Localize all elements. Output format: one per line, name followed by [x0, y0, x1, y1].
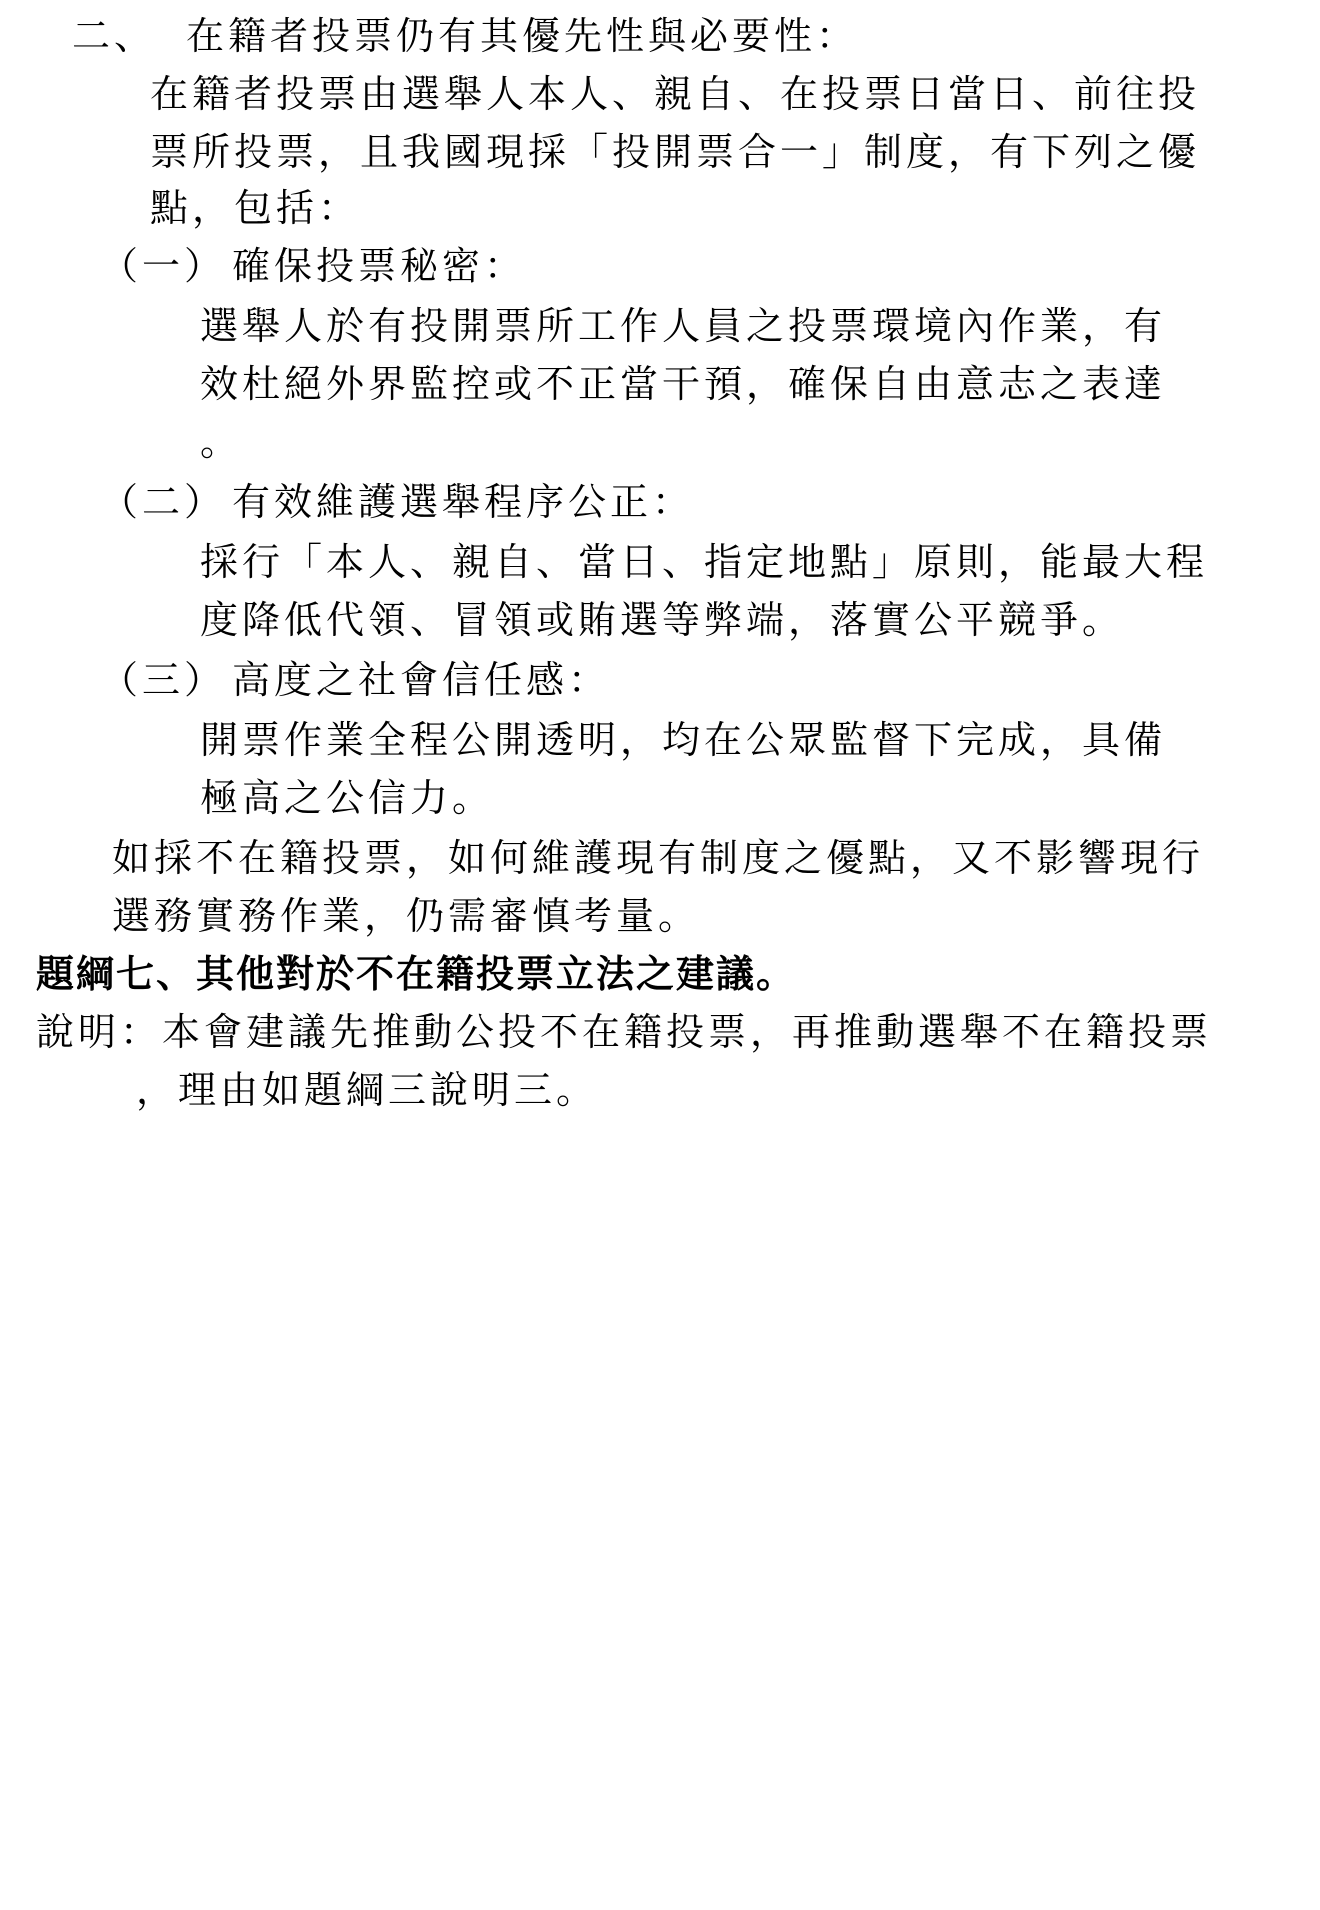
item-2-heading: （二）有效維護選舉程序公正：	[100, 480, 694, 524]
item-1-line-3: 。	[200, 420, 242, 464]
item-1-number: （一）	[100, 244, 226, 288]
conclusion-line-1: 如採不在籍投票，如何維護現有制度之優點，又不影響現行	[112, 836, 1204, 880]
section-number: 二、	[72, 14, 156, 58]
intro-line-2: 票所投票，且我國現採「投開票合一」制度，有下列之優	[150, 130, 1200, 174]
item-3-heading-text: 高度之社會信任感：	[232, 658, 610, 702]
item-3-number: （三）	[100, 658, 226, 702]
document-page: 二、在籍者投票仍有其優先性與必要性： 在籍者投票由選舉人本人、親自、在投票日當日…	[0, 0, 1320, 1910]
topic-7-explanation-line-1: 說明：本會建議先推動公投不在籍投票，再推動選舉不在籍投票	[36, 1010, 1212, 1054]
item-2-line-1: 採行「本人、親自、當日、指定地點」原則，能最大程	[200, 540, 1208, 584]
section-heading: 二、在籍者投票仍有其優先性與必要性：	[72, 14, 858, 58]
item-2-number: （二）	[100, 480, 226, 524]
item-1-line-1: 選舉人於有投開票所工作人員之投票環境內作業，有	[200, 304, 1166, 348]
section-heading-text: 在籍者投票仍有其優先性與必要性：	[186, 14, 858, 58]
item-3-heading: （三）高度之社會信任感：	[100, 658, 610, 702]
item-2-line-2: 度降低代領、冒領或賄選等弊端，落實公平競爭。	[200, 598, 1124, 642]
intro-line-3: 點，包括：	[150, 186, 360, 230]
item-3-line-1: 開票作業全程公開透明，均在公眾監督下完成，具備	[200, 718, 1166, 762]
conclusion-line-2: 選務實務作業，仍需審慎考量。	[112, 894, 700, 938]
item-1-heading: （一）確保投票秘密：	[100, 244, 526, 288]
topic-7-title: 題綱七、其他對於不在籍投票立法之建議。	[36, 952, 796, 996]
explanation-label: 說明：	[36, 1010, 162, 1054]
item-2-heading-text: 有效維護選舉程序公正：	[232, 480, 694, 524]
explanation-text: 本會建議先推動公投不在籍投票，再推動選舉不在籍投票	[162, 1010, 1212, 1054]
intro-line-1: 在籍者投票由選舉人本人、親自、在投票日當日、前往投	[150, 72, 1200, 116]
topic-7-explanation-line-2: ，理由如題綱三說明三。	[136, 1068, 598, 1112]
item-1-line-2: 效杜絕外界監控或不正當干預，確保自由意志之表達	[200, 362, 1166, 406]
item-1-heading-text: 確保投票秘密：	[232, 244, 526, 288]
item-3-line-2: 極高之公信力。	[200, 776, 494, 820]
